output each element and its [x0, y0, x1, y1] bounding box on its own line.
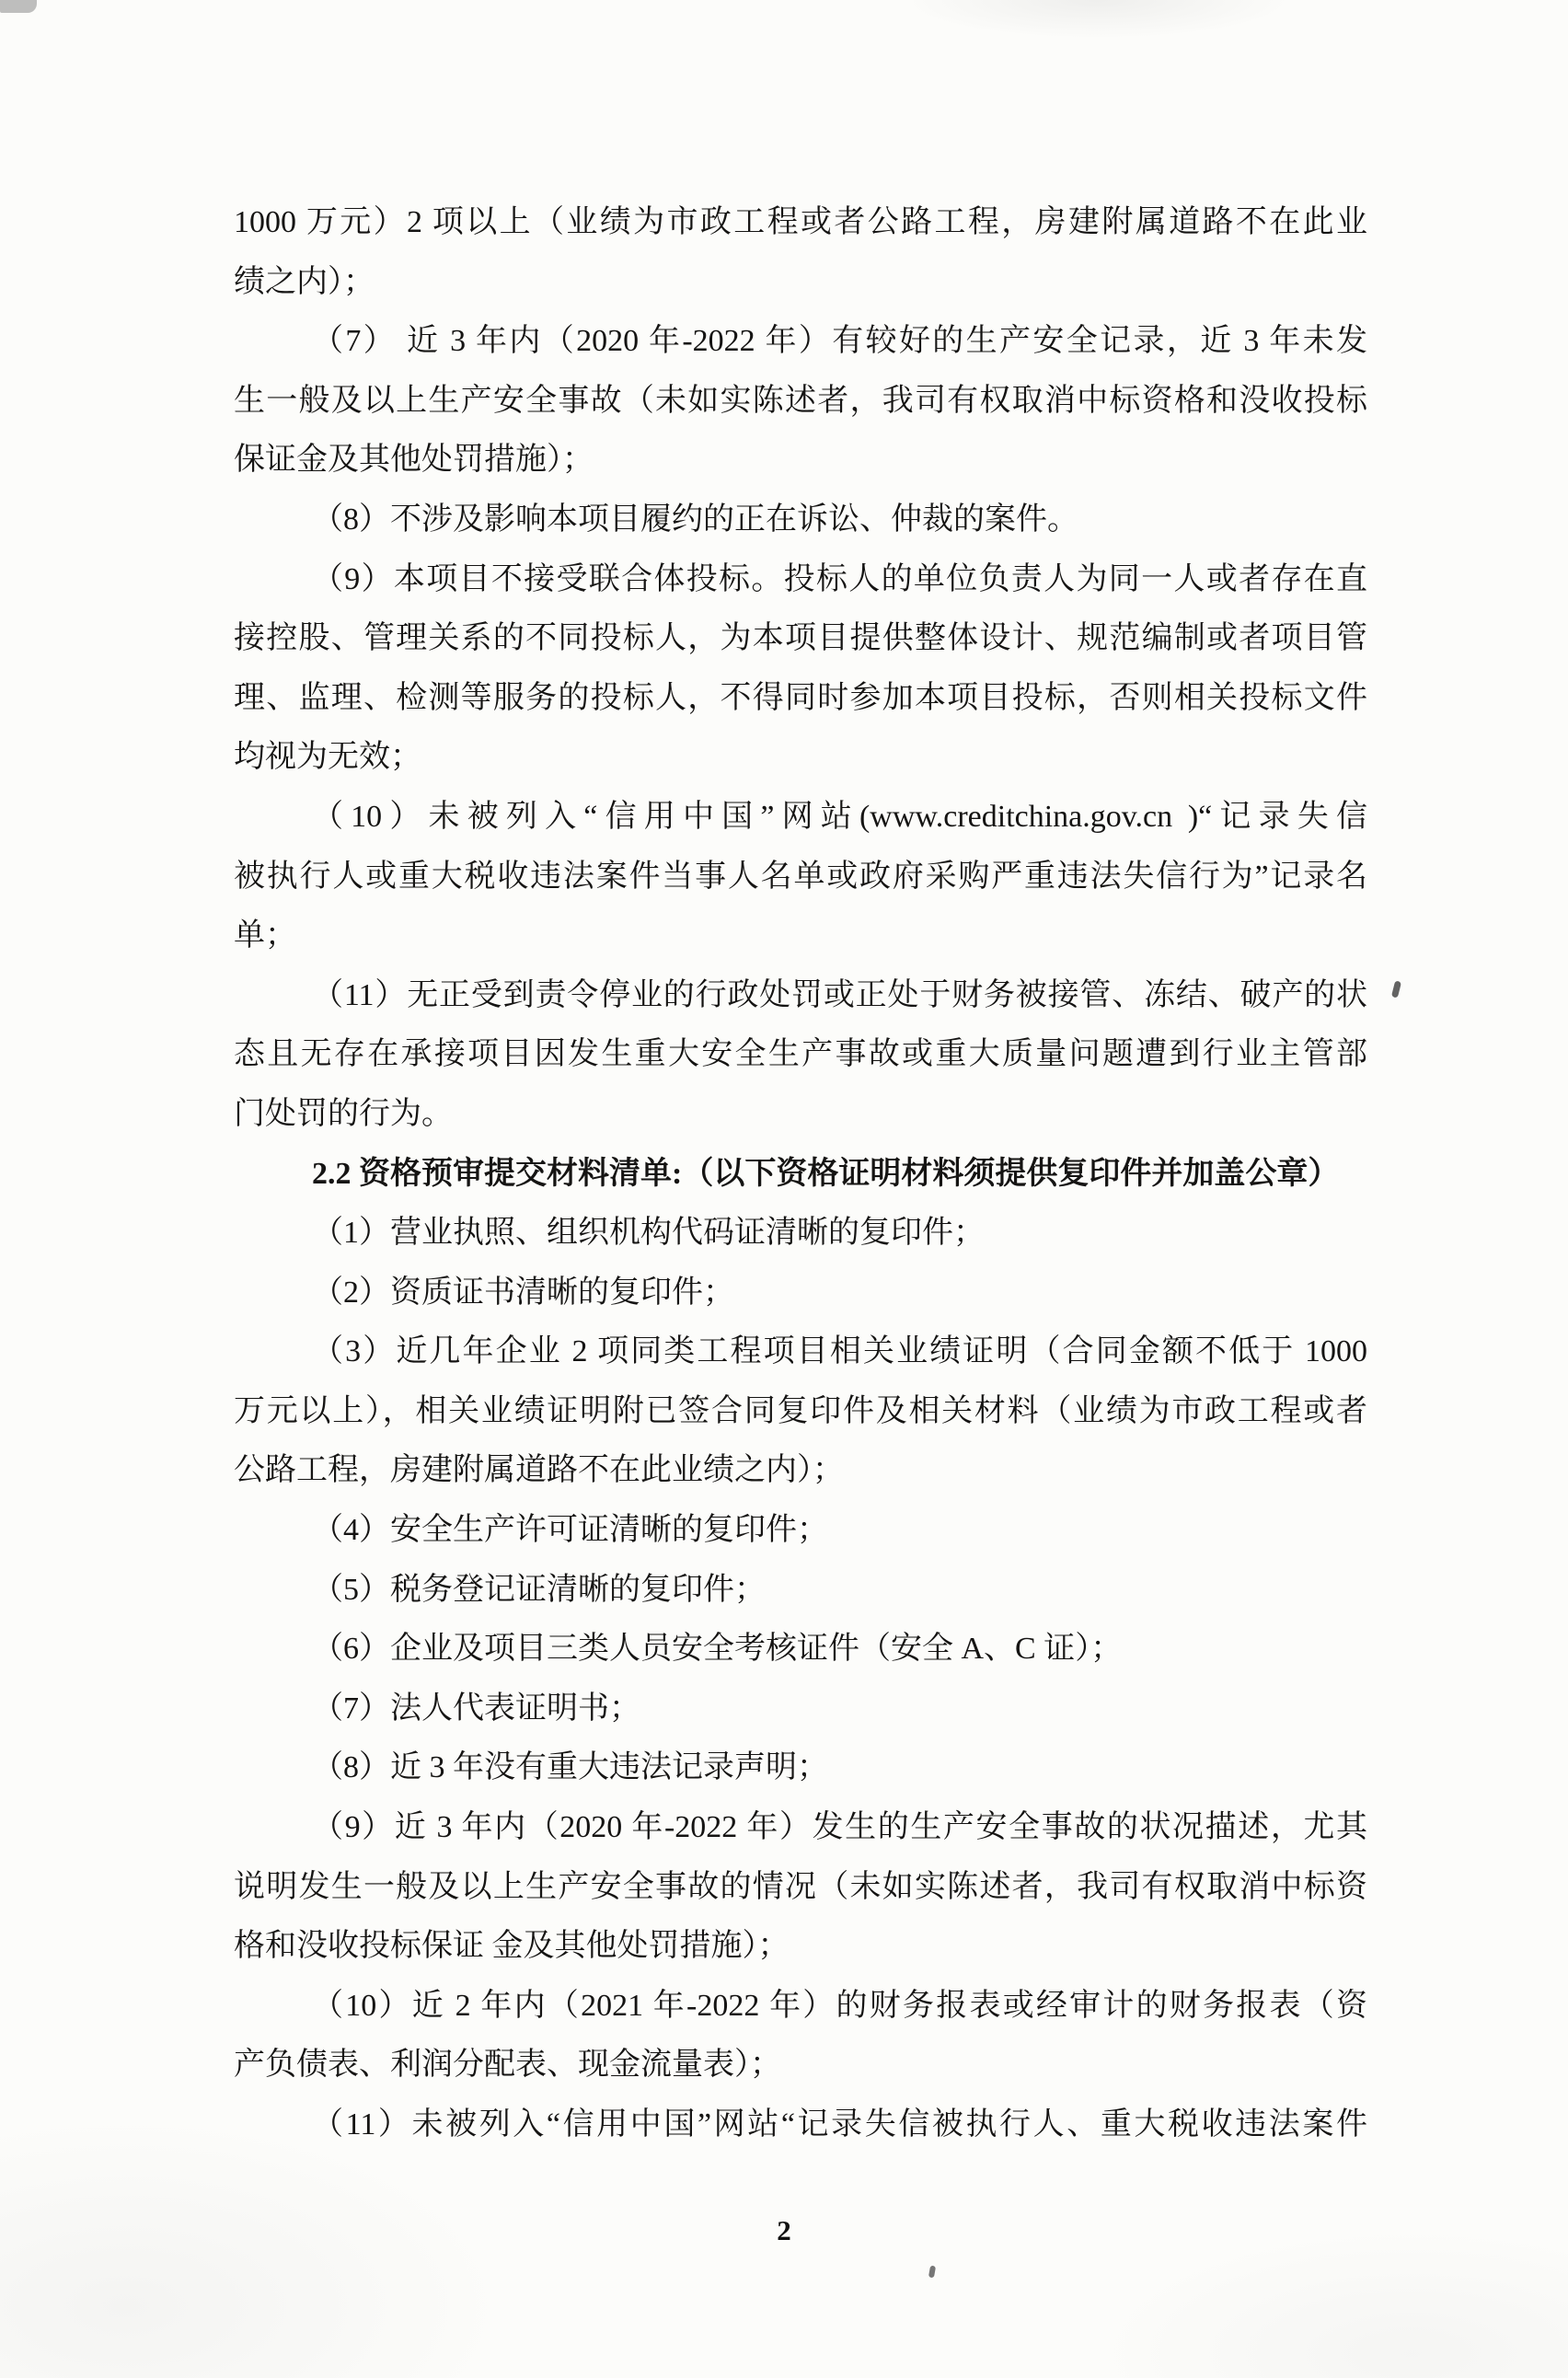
text-line: 被执行人或重大税收违法案件当事人名单或政府采购严重违法失信行为”记录名 [234, 848, 1367, 907]
text-line: 接控股、管理关系的不同投标人，为本项目提供整体设计、规范编制或者项目管 [234, 609, 1367, 669]
text-line: （7） 近 3 年内（2020 年-2022 年）有较好的生产安全记录，近 3 … [234, 312, 1367, 372]
text-line: （6）企业及项目三类人员安全考核证件（安全 A、C 证）； [234, 1620, 1367, 1680]
text-line: 格和没收投标保证 金及其他处罚措施）； [234, 1917, 1367, 1977]
text-line: 产负债表、利润分配表、现金流量表）； [234, 2036, 1367, 2095]
text-line: （7）法人代表证明书； [234, 1680, 1367, 1739]
text-line: （9）近 3 年内（2020 年-2022 年）发生的生产安全事故的状况描述，尤… [234, 1798, 1367, 1858]
scan-artifact-tick [1391, 980, 1401, 998]
text-line: （1）营业执照、组织机构代码证清晰的复印件； [234, 1204, 1367, 1264]
text-line: 理、监理、检测等服务的投标人，不得同时参加本项目投标，否则相关投标文件 [234, 669, 1367, 729]
text-line: 2.2 资格预审提交材料清单:（以下资格证明材料须提供复印件并加盖公章） [234, 1145, 1367, 1205]
text-line: （11）无正受到责令停业的行政处罚或正处于财务被接管、冻结、破产的状 [234, 966, 1367, 1026]
page-number: 2 [0, 2214, 1568, 2247]
text-line: 保证金及其他处罚措施）； [234, 431, 1367, 491]
text-line: 门处罚的行为。 [234, 1085, 1367, 1145]
text-line: （9）本项目不接受联合体投标。投标人的单位负责人为同一人或者存在直 [234, 550, 1367, 610]
text-line: 绩之内）； [234, 253, 1367, 313]
text-line: 均视为无效； [234, 728, 1367, 788]
scan-artifact-speck [928, 2266, 936, 2279]
text-line: 万元以上），相关业绩证明附已签合同复印件及相关材料（业绩为市政工程或者 [234, 1382, 1367, 1442]
text-line: 说明发生一般及以上生产安全事故的情况（未如实陈述者，我司有权取消中标资 [234, 1858, 1367, 1918]
text-line: 单； [234, 906, 1367, 966]
text-line: 1000 万元）2 项以上（业绩为市政工程或者公路工程，房建附属道路不在此业 [234, 193, 1367, 253]
text-line: （8）近 3 年没有重大违法记录声明； [234, 1738, 1367, 1798]
text-line: （11）未被列入“信用中国”网站“记录失信被执行人、重大税收违法案件 [234, 2095, 1367, 2155]
text-line: （3）近几年企业 2 项同类工程项目相关业绩证明（合同金额不低于 1000 [234, 1322, 1367, 1382]
text-line: （10）未被列入“信用中国”网站(www.creditchina.gov.cn … [234, 788, 1367, 848]
text-line: 生一般及以上生产安全事故（未如实陈述者，我司有权取消中标资格和没收投标 [234, 372, 1367, 432]
text-line: （8）不涉及影响本项目履约的正在诉讼、仲裁的案件。 [234, 491, 1367, 550]
text-line: 公路工程，房建附属道路不在此业绩之内）； [234, 1441, 1367, 1501]
text-line: （10）近 2 年内（2021 年-2022 年）的财务报表或经审计的财务报表（… [234, 1977, 1367, 2037]
text-line: 态且无存在承接项目因发生重大安全生产事故或重大质量问题遭到行业主管部 [234, 1025, 1367, 1085]
document-page: 1000 万元）2 项以上（业绩为市政工程或者公路工程，房建附属道路不在此业绩之… [0, 0, 1568, 2378]
text-line: （2）资质证书清晰的复印件； [234, 1264, 1367, 1323]
scan-smudge-top-left [0, 0, 37, 13]
document-body: 1000 万元）2 项以上（业绩为市政工程或者公路工程，房建附属道路不在此业绩之… [234, 193, 1367, 2155]
text-line: （4）安全生产许可证清晰的复印件； [234, 1501, 1367, 1561]
text-line: （5）税务登记证清晰的复印件； [234, 1561, 1367, 1621]
